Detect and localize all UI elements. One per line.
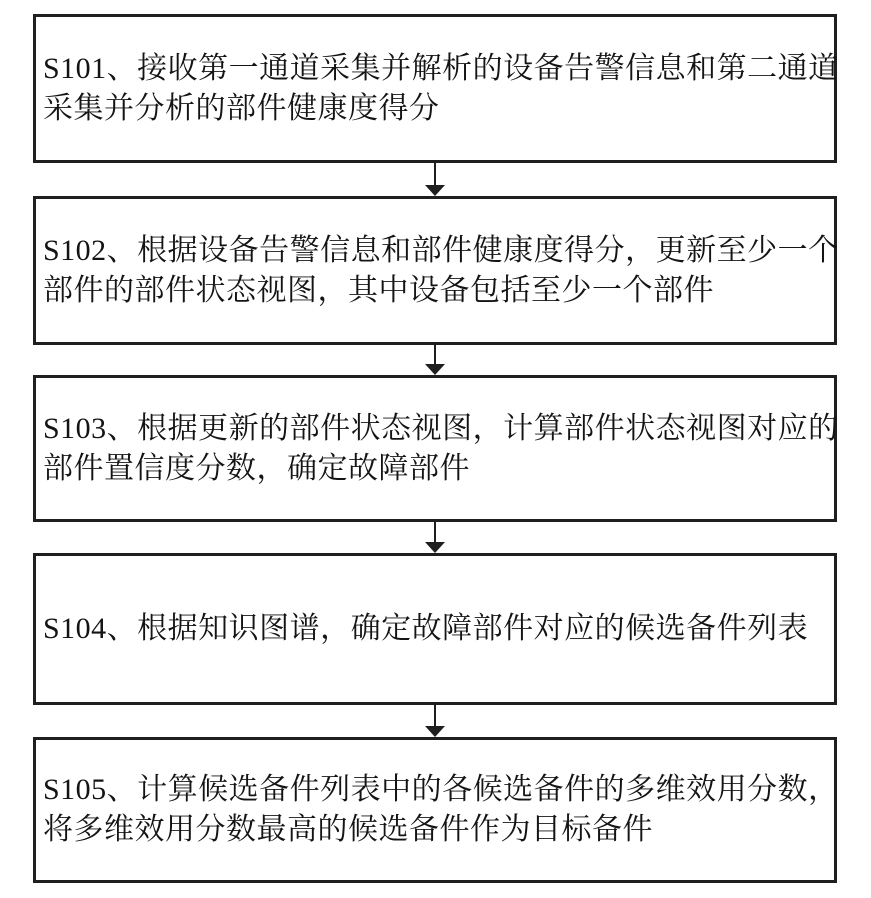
flow-arrow-down-icon <box>424 705 446 737</box>
step-text-line: 部件的部件状态视图，其中设备包括至少一个部件 <box>43 271 826 311</box>
step-text-line: S101、接收第一通道采集并解析的设备告警信息和第二通道 <box>43 49 826 89</box>
step-text-line: 采集并分析的部件健康度得分 <box>43 89 826 129</box>
flow-step-s101: S101、接收第一通道采集并解析的设备告警信息和第二通道 采集并分析的部件健康度… <box>33 14 837 163</box>
flow-arrow-down-icon <box>424 163 446 196</box>
step-text-line: S105、计算候选备件列表中的各候选备件的多维效用分数， <box>43 770 826 810</box>
arrow-stem <box>434 163 436 186</box>
flow-arrow-down-icon <box>424 522 446 553</box>
step-text-line: S104、根据知识图谱，确定故障部件对应的候选备件列表 <box>43 609 826 649</box>
flow-step-s103: S103、根据更新的部件状态视图，计算部件状态视图对应的 部件置信度分数，确定故… <box>33 375 837 522</box>
arrow-head <box>425 185 445 196</box>
flowchart-canvas: S101、接收第一通道采集并解析的设备告警信息和第二通道 采集并分析的部件健康度… <box>0 0 871 898</box>
arrow-head <box>425 364 445 375</box>
step-text-line: 将多维效用分数最高的候选备件作为目标备件 <box>43 810 826 850</box>
arrow-stem <box>434 522 436 543</box>
flow-step-s104: S104、根据知识图谱，确定故障部件对应的候选备件列表 <box>33 553 837 705</box>
flow-arrow-down-icon <box>424 345 446 375</box>
flow-step-s102: S102、根据设备告警信息和部件健康度得分，更新至少一个 部件的部件状态视图，其… <box>33 196 837 345</box>
arrow-stem <box>434 345 436 365</box>
flow-step-s105: S105、计算候选备件列表中的各候选备件的多维效用分数， 将多维效用分数最高的候… <box>33 737 837 883</box>
step-text-line: S103、根据更新的部件状态视图，计算部件状态视图对应的 <box>43 409 826 449</box>
arrow-head <box>425 726 445 737</box>
step-text-line: S102、根据设备告警信息和部件健康度得分，更新至少一个 <box>43 231 826 271</box>
arrow-head <box>425 542 445 553</box>
arrow-stem <box>434 705 436 727</box>
step-text-line: 部件置信度分数，确定故障部件 <box>43 449 826 489</box>
